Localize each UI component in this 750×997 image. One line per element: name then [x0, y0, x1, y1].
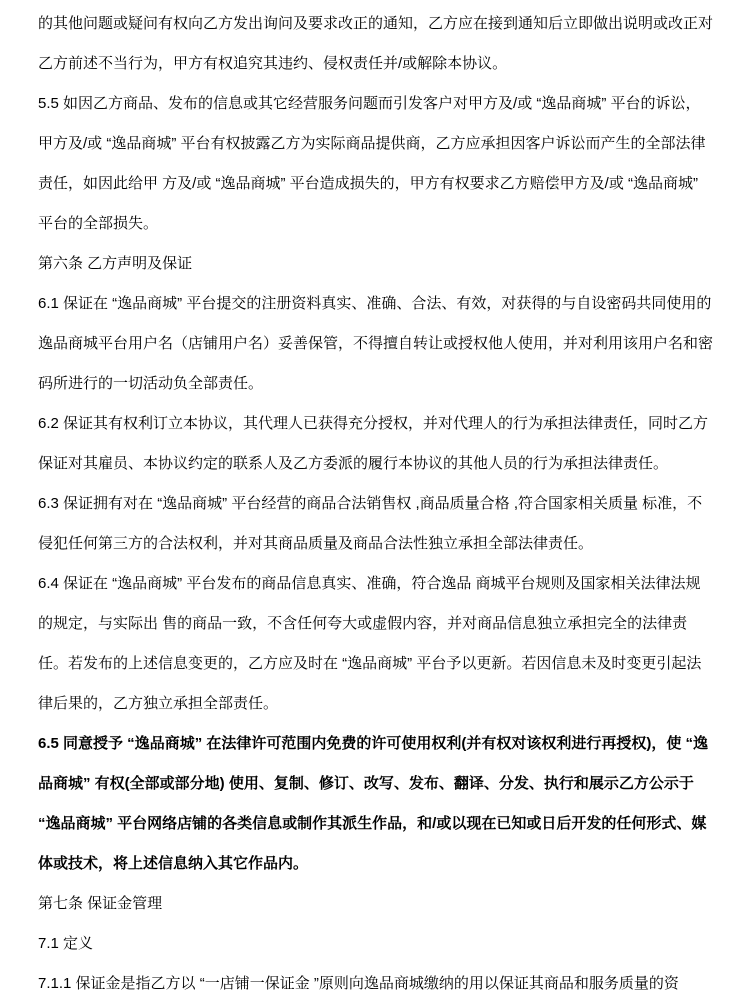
paragraph-clause-6-5: 6.5 同意授予 “逸品商城” 在法律许可范围内免费的许可使用权利(并有权对该权…	[38, 724, 714, 884]
paragraph-clause-7-1: 7.1 定义	[38, 924, 714, 964]
paragraph-clause-6-2: 6.2 保证其有权利订立本协议，其代理人已获得充分授权，并对代理人的行为承担法律…	[38, 404, 714, 484]
document-page: 的其他问题或疑问有权向乙方发出询问及要求改正的通知，乙方应在接到通知后立即做出说…	[0, 0, 750, 997]
paragraph-clause-6-1: 6.1 保证在 “逸品商城” 平台提交的注册资料真实、准确、合法、有效，对获得的…	[38, 284, 714, 404]
paragraph-clause-5-4-continuation: 的其他问题或疑问有权向乙方发出询问及要求改正的通知，乙方应在接到通知后立即做出说…	[38, 4, 714, 84]
paragraph-clause-6-4: 6.4 保证在 “逸品商城” 平台发布的商品信息真实、准确，符合逸品 商城平台规…	[38, 564, 714, 724]
heading-article-6: 第六条 乙方声明及保证	[38, 244, 714, 284]
heading-article-7: 第七条 保证金管理	[38, 884, 714, 924]
paragraph-clause-6-3: 6.3 保证拥有对在 “逸品商城” 平台经营的商品合法销售权 ,商品质量合格 ,…	[38, 484, 714, 564]
paragraph-clause-5-5: 5.5 如因乙方商品、发布的信息或其它经营服务问题而引发客户对甲方及/或 “逸品…	[38, 84, 714, 244]
paragraph-clause-7-1-1: 7.1.1 保证金是指乙方以 “一店铺一保证金 ”原则向逸品商城缴纳的用以保证其…	[38, 964, 714, 997]
